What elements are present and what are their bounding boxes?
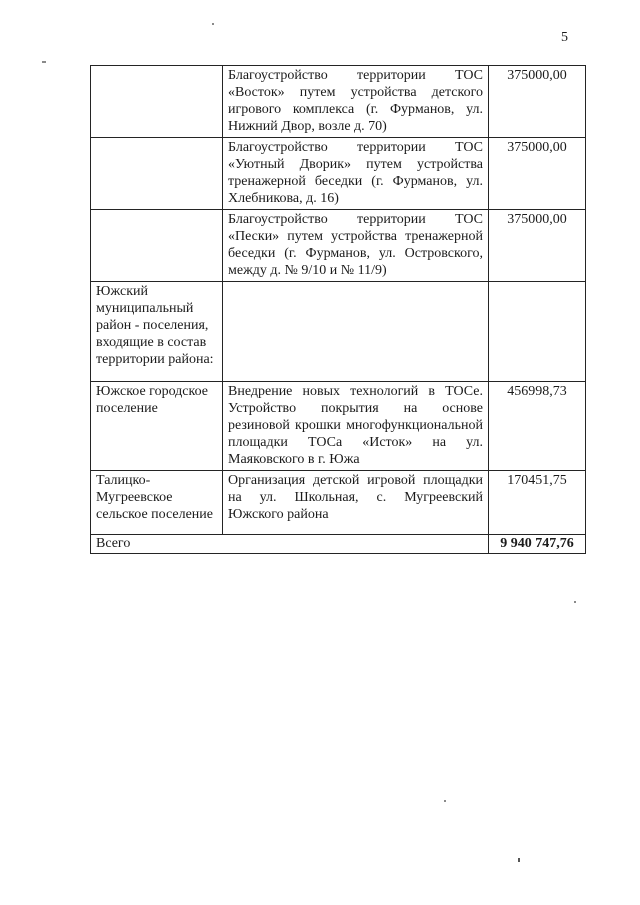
document-page: { "page": { "number": "5" }, "colors": {… bbox=[0, 0, 640, 905]
scan-speck bbox=[212, 23, 214, 25]
total-row: Всего 9 940 747,76 bbox=[91, 535, 586, 554]
amount-cell: 375000,00 bbox=[489, 66, 586, 138]
budget-table: Благоустройство территории ТОС «Восток» … bbox=[90, 65, 586, 554]
project-cell: Благоустройство территории ТОС «Восток» … bbox=[223, 66, 489, 138]
territory-cell: Южское городское поселение bbox=[91, 382, 223, 471]
territory-cell bbox=[91, 66, 223, 138]
table-row: Южское городское поселение Внедрение нов… bbox=[91, 382, 586, 471]
territory-cell: Южский муниципальный район - поселения, … bbox=[91, 282, 223, 382]
scan-speck bbox=[518, 858, 520, 862]
amount-cell: 375000,00 bbox=[489, 138, 586, 210]
project-cell: Организация детской игровой площадки на … bbox=[223, 471, 489, 535]
amount-cell: 170451,75 bbox=[489, 471, 586, 535]
total-amount: 9 940 747,76 bbox=[489, 535, 586, 554]
scan-speck bbox=[574, 601, 576, 603]
table-row: Благоустройство территории ТОС «Уютный Д… bbox=[91, 138, 586, 210]
page-number: 5 bbox=[561, 30, 568, 46]
project-cell: Благоустройство территории ТОС «Пески» п… bbox=[223, 210, 489, 282]
amount-cell: 375000,00 bbox=[489, 210, 586, 282]
territory-cell bbox=[91, 138, 223, 210]
project-cell: Внедрение новых технологий в ТОСе. Устро… bbox=[223, 382, 489, 471]
scan-speck bbox=[444, 800, 446, 802]
table-row: Благоустройство территории ТОС «Пески» п… bbox=[91, 210, 586, 282]
territory-cell bbox=[91, 210, 223, 282]
table-row: Южский муниципальный район - поселения, … bbox=[91, 282, 586, 382]
territory-cell: Талицко-Мугреевское сельское поселение bbox=[91, 471, 223, 535]
amount-cell: 456998,73 bbox=[489, 382, 586, 471]
project-cell: Благоустройство территории ТОС «Уютный Д… bbox=[223, 138, 489, 210]
scan-speck bbox=[42, 61, 46, 63]
amount-cell bbox=[489, 282, 586, 382]
project-cell bbox=[223, 282, 489, 382]
table-row: Талицко-Мугреевское сельское поселение О… bbox=[91, 471, 586, 535]
total-label: Всего bbox=[91, 535, 489, 554]
table-row: Благоустройство территории ТОС «Восток» … bbox=[91, 66, 586, 138]
